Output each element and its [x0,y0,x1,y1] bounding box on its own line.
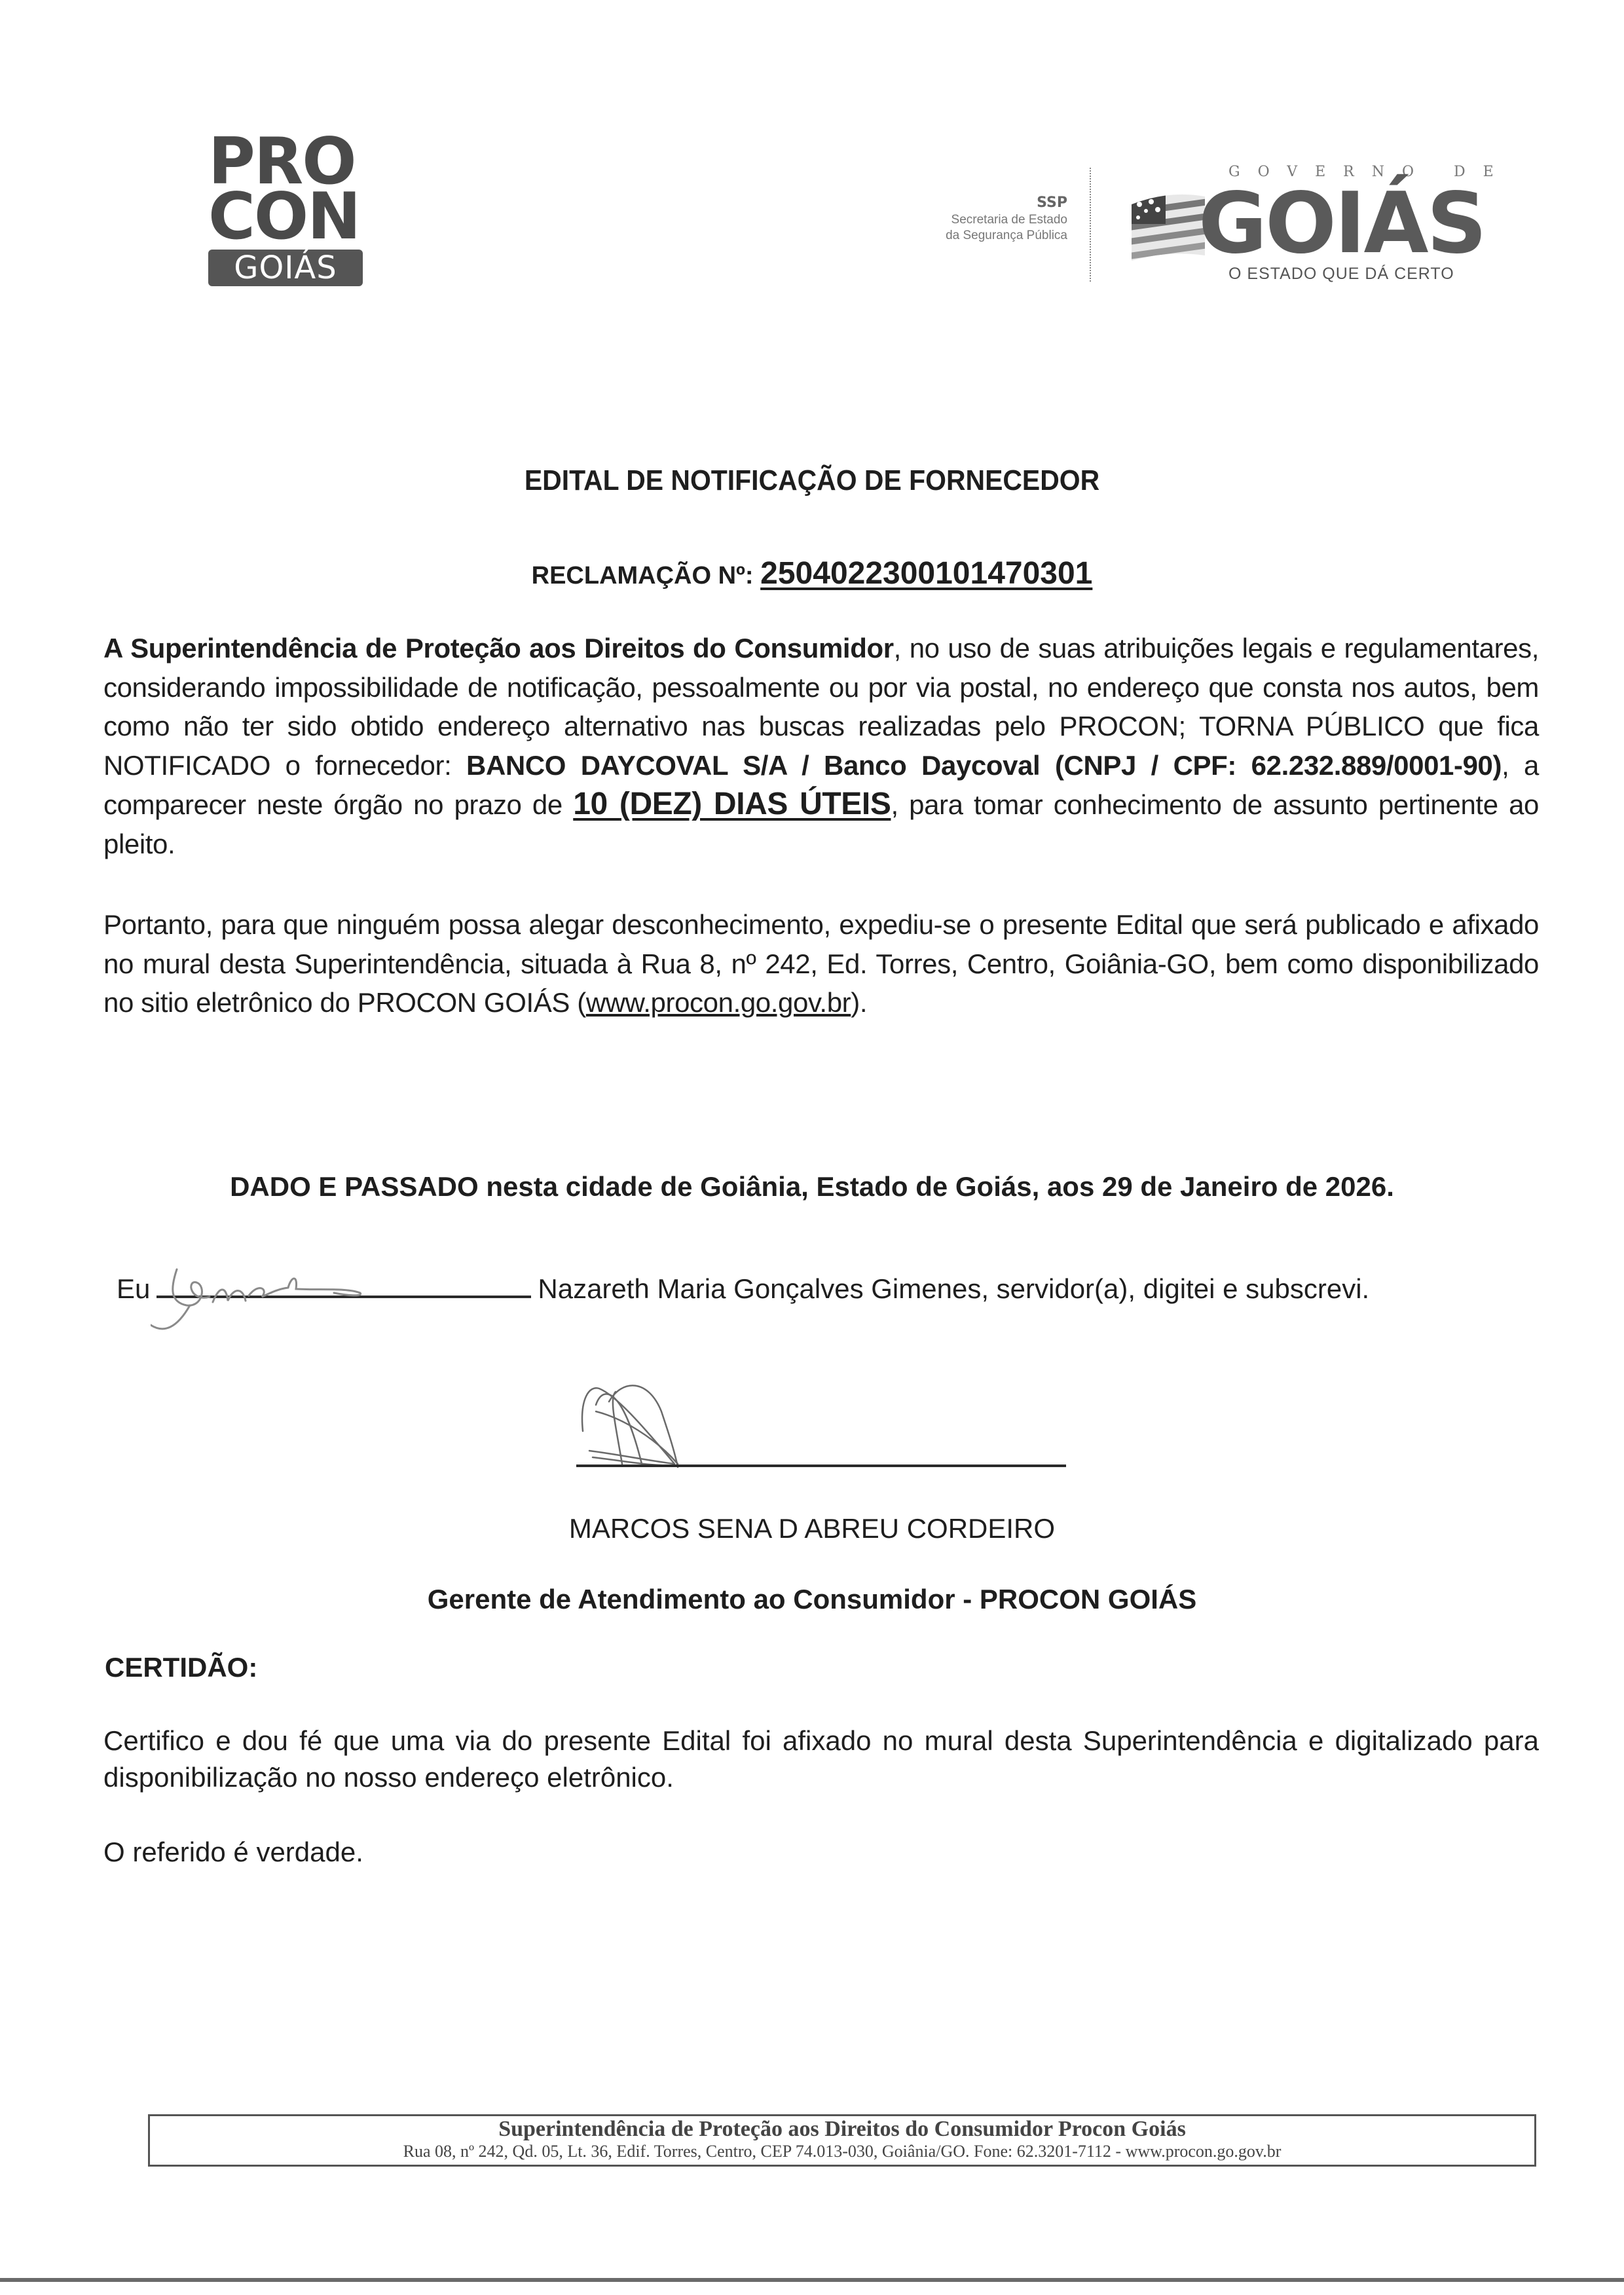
scan-bottom-edge [0,2278,1624,2282]
complaint-number: 250402230010147030​1 [760,556,1092,591]
deadline: 10 (DEZ) DIAS ÚTEIS [573,787,891,821]
procon-website-link[interactable]: www.procon.go.gov.br [586,987,851,1018]
supplier-name: BANCO DAYCOVAL S/A / Banco Daycoval (CNP… [466,750,1502,781]
manager-signature-icon [570,1372,766,1470]
signer-role: Gerente de Atendimento ao Consumidor - P… [0,1581,1624,1618]
certidao-heading: CERTIDÃO: [105,1649,257,1686]
ssp-logo: SSP Secretaria de Estado da Segurança Pú… [871,194,1067,244]
goias-slogan: O ESTADO QUE DÁ CERTO [1228,265,1454,284]
ssp-name-line1: Secretaria de Estado [871,212,1067,228]
footer-box: Superintendência de Proteção aos Direito… [148,2114,1536,2167]
certidao-closing: O referido é verdade. [103,1834,363,1871]
goias-logo-word: GOIÁS [1198,178,1485,270]
header-divider [1090,168,1091,282]
ssp-acronym: SSP [871,194,1067,212]
goias-flag-icon [1129,190,1208,262]
footer-agency: Superintendência de Proteção aos Direito… [150,2118,1534,2141]
signer-name: MARCOS SENA D ABREU CORDEIRO [0,1510,1624,1547]
publication-paragraph: Portanto, para que ninguém possa alegar … [103,905,1539,1022]
procon-goias-logo: PRO CON GOIÁS [208,134,365,286]
footer-address: Rua 08, nº 242, Qd. 05, Lt. 36, Edif. To… [150,2141,1534,2162]
agency-name: A Superintendência de Proteção aos Direi… [103,633,894,663]
procon-logo-badge: GOIÁS [208,250,363,286]
clerk-statement: Nazareth Maria Gonçalves Gimenes, servid… [538,1273,1369,1304]
complaint-number-line: RECLAMAÇÃO Nº: 250402230010147030​1 [0,557,1624,593]
ssp-name-line2: da Segurança Pública [871,228,1067,244]
certidao-text: Certifico e dou fé que uma via do presen… [103,1723,1539,1796]
document-title: EDITAL DE NOTIFICAÇÃO DE FORNECEDOR [57,462,1567,499]
procon-logo-line2: CON [208,189,365,244]
notification-paragraph: A Superintendência de Proteção aos Direi… [103,629,1539,863]
clerk-prefix: Eu [117,1273,150,1304]
dated-statement: DADO E PASSADO nesta cidade de Goiânia, … [0,1168,1624,1205]
clerk-signature-icon [151,1256,426,1335]
manager-signature-line [576,1465,1066,1467]
paragraph2-text-b: ). [851,987,867,1018]
complaint-label: RECLAMAÇÃO Nº: [532,562,754,589]
